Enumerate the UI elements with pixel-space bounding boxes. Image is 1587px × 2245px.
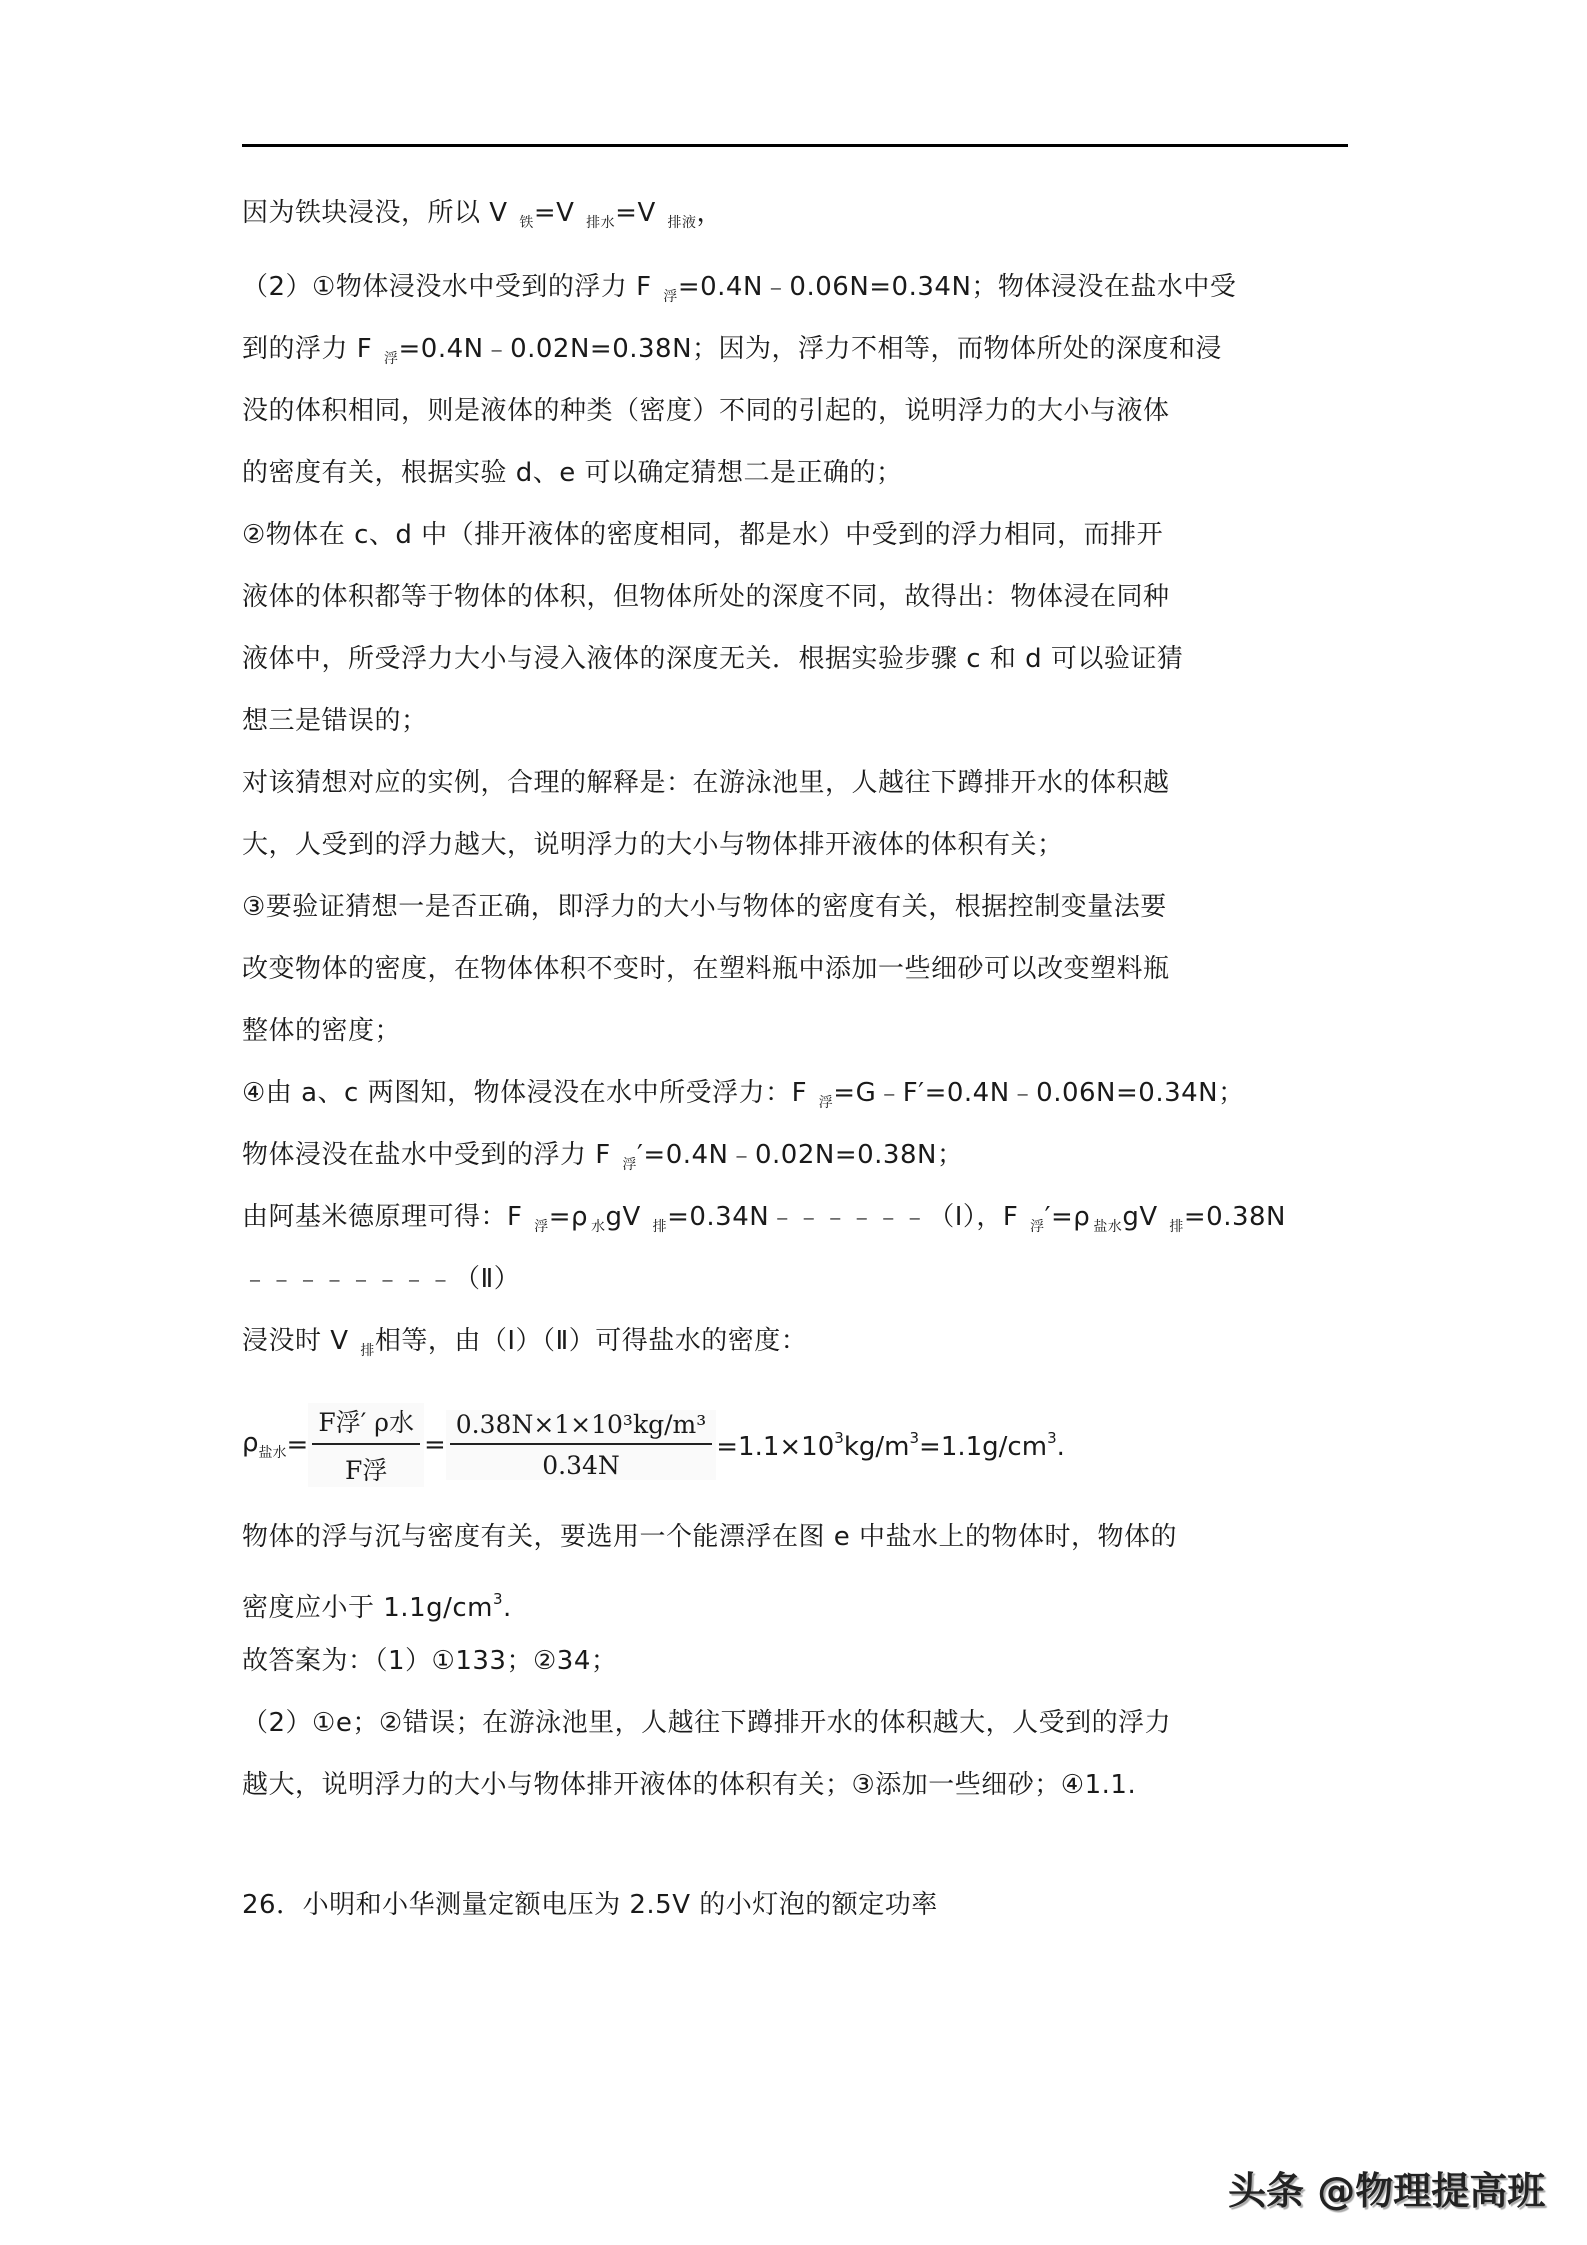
text-line: ②物体在 c、d 中（排开液体的密度相同，都是水）中受到的浮力相同，而排开 xyxy=(242,518,1163,552)
text-line: ﹣﹣﹣﹣﹣﹣﹣﹣（Ⅱ） xyxy=(242,1262,520,1296)
text-line: 因为铁块浸没，所以 V 铁=V 排水=V 排液， xyxy=(242,196,723,240)
text-line: 浸没时 V 排相等，由（Ⅰ）（Ⅱ）可得盐水的密度： xyxy=(242,1324,807,1368)
watermark: 头条 @物理提高班 xyxy=(1228,2160,1545,2215)
fraction-2: 0.38N×1×10³kg/m³ 0.34N xyxy=(446,1410,716,1480)
text-line: 26．小明和小华测量定额电压为 2.5V 的小灯泡的额定功率 xyxy=(242,1888,938,1922)
fraction-1: F浮′ ρ水 F浮 xyxy=(308,1403,424,1487)
text-line: 改变物体的密度，在物体体积不变时，在塑料瓶中添加一些细砂可以改变塑料瓶 xyxy=(242,952,1170,986)
text-line: （2）①e；②错误；在游泳池里，人越往下蹲排开水的体积越大，人受到的浮力 xyxy=(242,1706,1171,1740)
text-line: 的密度有关，根据实验 d、e 可以确定猜想二是正确的； xyxy=(242,456,903,490)
text-line: 物体浸没在盐水中受到的浮力 F 浮′=0.4N﹣0.02N=0.38N； xyxy=(242,1138,963,1182)
formula-lhs: ρ盐水 xyxy=(242,1428,287,1462)
equals-sign: = xyxy=(424,1430,446,1460)
text-line: 大，人受到的浮力越大，说明浮力的大小与物体排开液体的体积有关； xyxy=(242,828,1064,862)
fraction-2-numerator: 0.38N×1×10³kg/m³ xyxy=(450,1410,712,1445)
text-line: 整体的密度； xyxy=(242,1014,401,1048)
text-line: 液体中，所受浮力大小与浸入液体的深度无关．根据实验步骤 c 和 d 可以验证猜 xyxy=(242,642,1183,676)
text-line: 没的体积相同，则是液体的种类（密度）不同的引起的，说明浮力的大小与液体 xyxy=(242,394,1170,428)
text-line: 液体的体积都等于物体的体积，但物体所处的深度不同，故得出：物体浸在同种 xyxy=(242,580,1170,614)
formula-result: =1.1×103kg/m3=1.1g/cm3. xyxy=(716,1429,1065,1462)
text-line: 对该猜想对应的实例，合理的解释是：在游泳池里，人越往下蹲排开水的体积越 xyxy=(242,766,1170,800)
fraction-2-denominator: 0.34N xyxy=(542,1445,620,1480)
fraction-1-denominator: F浮 xyxy=(345,1445,387,1487)
equals-sign: = xyxy=(287,1430,309,1460)
text-line: 由阿基米德原理可得：F 浮=ρ水gV 排=0.34N﹣﹣﹣﹣﹣﹣（Ⅰ），F 浮′… xyxy=(242,1200,1286,1244)
text-line: 到的浮力 F 浮=0.4N﹣0.02N=0.38N；因为，浮力不相等，而物体所处… xyxy=(242,332,1222,376)
header-rule xyxy=(242,144,1348,147)
fraction-1-numerator: F浮′ ρ水 xyxy=(312,1403,420,1445)
text-line: ③要验证猜想一是否正确，即浮力的大小与物体的密度有关，根据控制变量法要 xyxy=(242,890,1167,924)
text-line: ④由 a、c 两图知，物体浸没在水中所受浮力：F 浮=G﹣F′=0.4N﹣0.0… xyxy=(242,1076,1245,1120)
text-line: （2）①物体浸没水中受到的浮力 F 浮=0.4N﹣0.06N=0.34N；物体浸… xyxy=(242,270,1236,314)
text-line: 故答案为：（1）①133；②34； xyxy=(242,1644,617,1678)
density-formula: ρ盐水 = F浮′ ρ水 F浮 = 0.38N×1×10³kg/m³ 0.34N… xyxy=(242,1390,1065,1500)
text-line: 密度应小于 1.1g/cm3. xyxy=(242,1582,512,1625)
text-line: 想三是错误的； xyxy=(242,704,428,738)
text-line: 物体的浮与沉与密度有关，要选用一个能漂浮在图 e 中盐水上的物体时，物体的 xyxy=(242,1520,1177,1554)
text-line: 越大，说明浮力的大小与物体排开液体的体积有关；③添加一些细砂；④1.1. xyxy=(242,1768,1136,1802)
